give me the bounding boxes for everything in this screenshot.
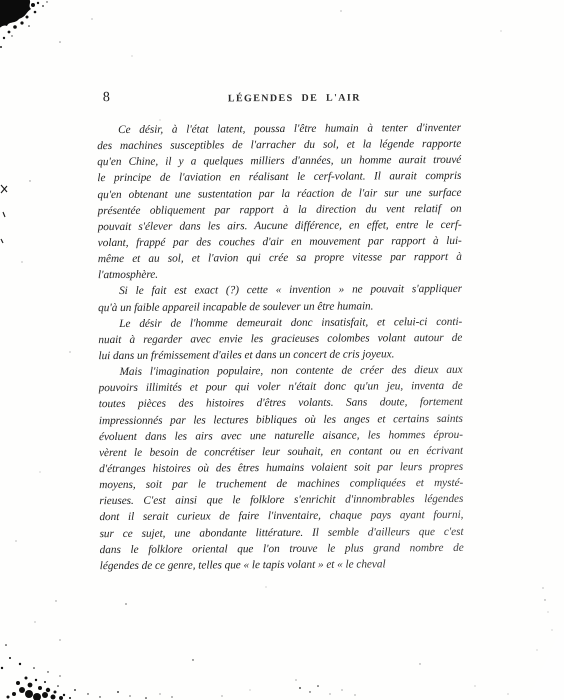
text-line: évoluent dans les airs avec une naturell… — [99, 427, 463, 445]
text-line: qu'en obtenant une sustentation par la r… — [97, 184, 461, 202]
page-content: 8 LÉGENDES DE L'AIR Ce désir, à l'état l… — [0, 0, 564, 700]
text-line: nuait à regarder avec envie les gracieus… — [98, 330, 462, 348]
page-text: Ce désir, à l'état latent, poussa l'être… — [97, 120, 464, 574]
paragraph: Si le fait est exact (?) cette « inventi… — [98, 281, 462, 316]
text-line: dans le folklore oriental que l'on trouv… — [100, 540, 464, 558]
running-title: LÉGENDES DE L'AIR — [228, 93, 361, 105]
text-line: toutes pièces des histoires d'êtres vola… — [99, 394, 463, 412]
text-line: le principe de l'aviation en réalisant l… — [97, 168, 461, 186]
text-line: dont il serait curieux de faire l'invent… — [99, 507, 463, 525]
text-line: même et au sol, et l'avion qui crée sa p… — [98, 249, 462, 267]
paragraph: Ce désir, à l'état latent, poussa l'être… — [97, 120, 462, 284]
text-line: légendes de ce genre, telles que « le ta… — [100, 556, 464, 574]
text-line: Le désir de l'homme demeurait donc insat… — [98, 314, 462, 332]
paragraph: Mais l'imagination populaire, non conten… — [99, 362, 464, 574]
book-page: 8 LÉGENDES DE L'AIR Ce désir, à l'état l… — [0, 0, 564, 700]
page-number: 8 — [103, 90, 110, 106]
text-line: présentée obliquement par rapport à la d… — [98, 201, 462, 219]
text-line: Si le fait est exact (?) cette « inventi… — [98, 281, 462, 299]
text-line: impressionnés par les lectures bibliques… — [99, 410, 463, 428]
paragraph: Le désir de l'homme demeurait donc insat… — [98, 314, 462, 365]
text-line: sur ce sujet, une abondante littérature.… — [99, 523, 463, 541]
